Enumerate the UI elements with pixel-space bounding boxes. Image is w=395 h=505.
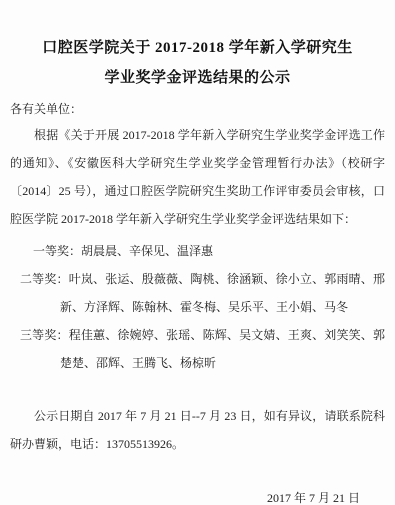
signature-date: 2017 年 7 月 21 日 bbox=[10, 488, 360, 505]
award-names: 程佳蕙、徐婉婷、张瑶、陈辉、吴文婧、王爽、刘笑笑、郭楚楚、邵辉、王腾飞、杨椋昕 bbox=[60, 328, 385, 370]
title-line-2: 学业奖学金评选结果的公示 bbox=[10, 63, 385, 93]
awards-list: 一等奖：胡晨晨、辛保见、温泽惠 二等奖：叶岚、张运、殷薇薇、陶桃、徐涵颖、徐小立… bbox=[10, 237, 385, 377]
award-names: 胡晨晨、辛保见、温泽惠 bbox=[81, 244, 213, 258]
award-row-first-prize: 一等奖：胡晨晨、辛保见、温泽惠 bbox=[10, 237, 385, 265]
award-label: 二等奖： bbox=[20, 272, 69, 286]
intro-paragraph: 根据《关于开展 2017-2018 学年新入学研究生学业奖学金评选工作的通知》、… bbox=[10, 121, 385, 233]
announcement-document: 口腔医学院关于 2017-2018 学年新入学研究生 学业奖学金评选结果的公示 … bbox=[0, 0, 395, 505]
title-line-1: 口腔医学院关于 2017-2018 学年新入学研究生 bbox=[10, 33, 385, 63]
page-title: 口腔医学院关于 2017-2018 学年新入学研究生 学业奖学金评选结果的公示 bbox=[10, 33, 385, 93]
award-row-second-prize: 二等奖：叶岚、张运、殷薇薇、陶桃、徐涵颖、徐小立、郭雨晴、邢新、方泽辉、陈翰林、… bbox=[10, 265, 385, 321]
salutation: 各有关单位： bbox=[10, 97, 385, 121]
award-label: 三等奖： bbox=[20, 328, 69, 342]
notice-paragraph: 公示日期自 2017 年 7 月 21 日--7 月 23 日，如有异议，请联系… bbox=[10, 402, 385, 458]
award-row-third-prize: 三等奖：程佳蕙、徐婉婷、张瑶、陈辉、吴文婧、王爽、刘笑笑、郭楚楚、邵辉、王腾飞、… bbox=[10, 321, 385, 377]
award-names: 叶岚、张运、殷薇薇、陶桃、徐涵颖、徐小立、郭雨晴、邢新、方泽辉、陈翰林、霍冬梅、… bbox=[60, 272, 385, 314]
award-label: 一等奖： bbox=[33, 244, 81, 258]
